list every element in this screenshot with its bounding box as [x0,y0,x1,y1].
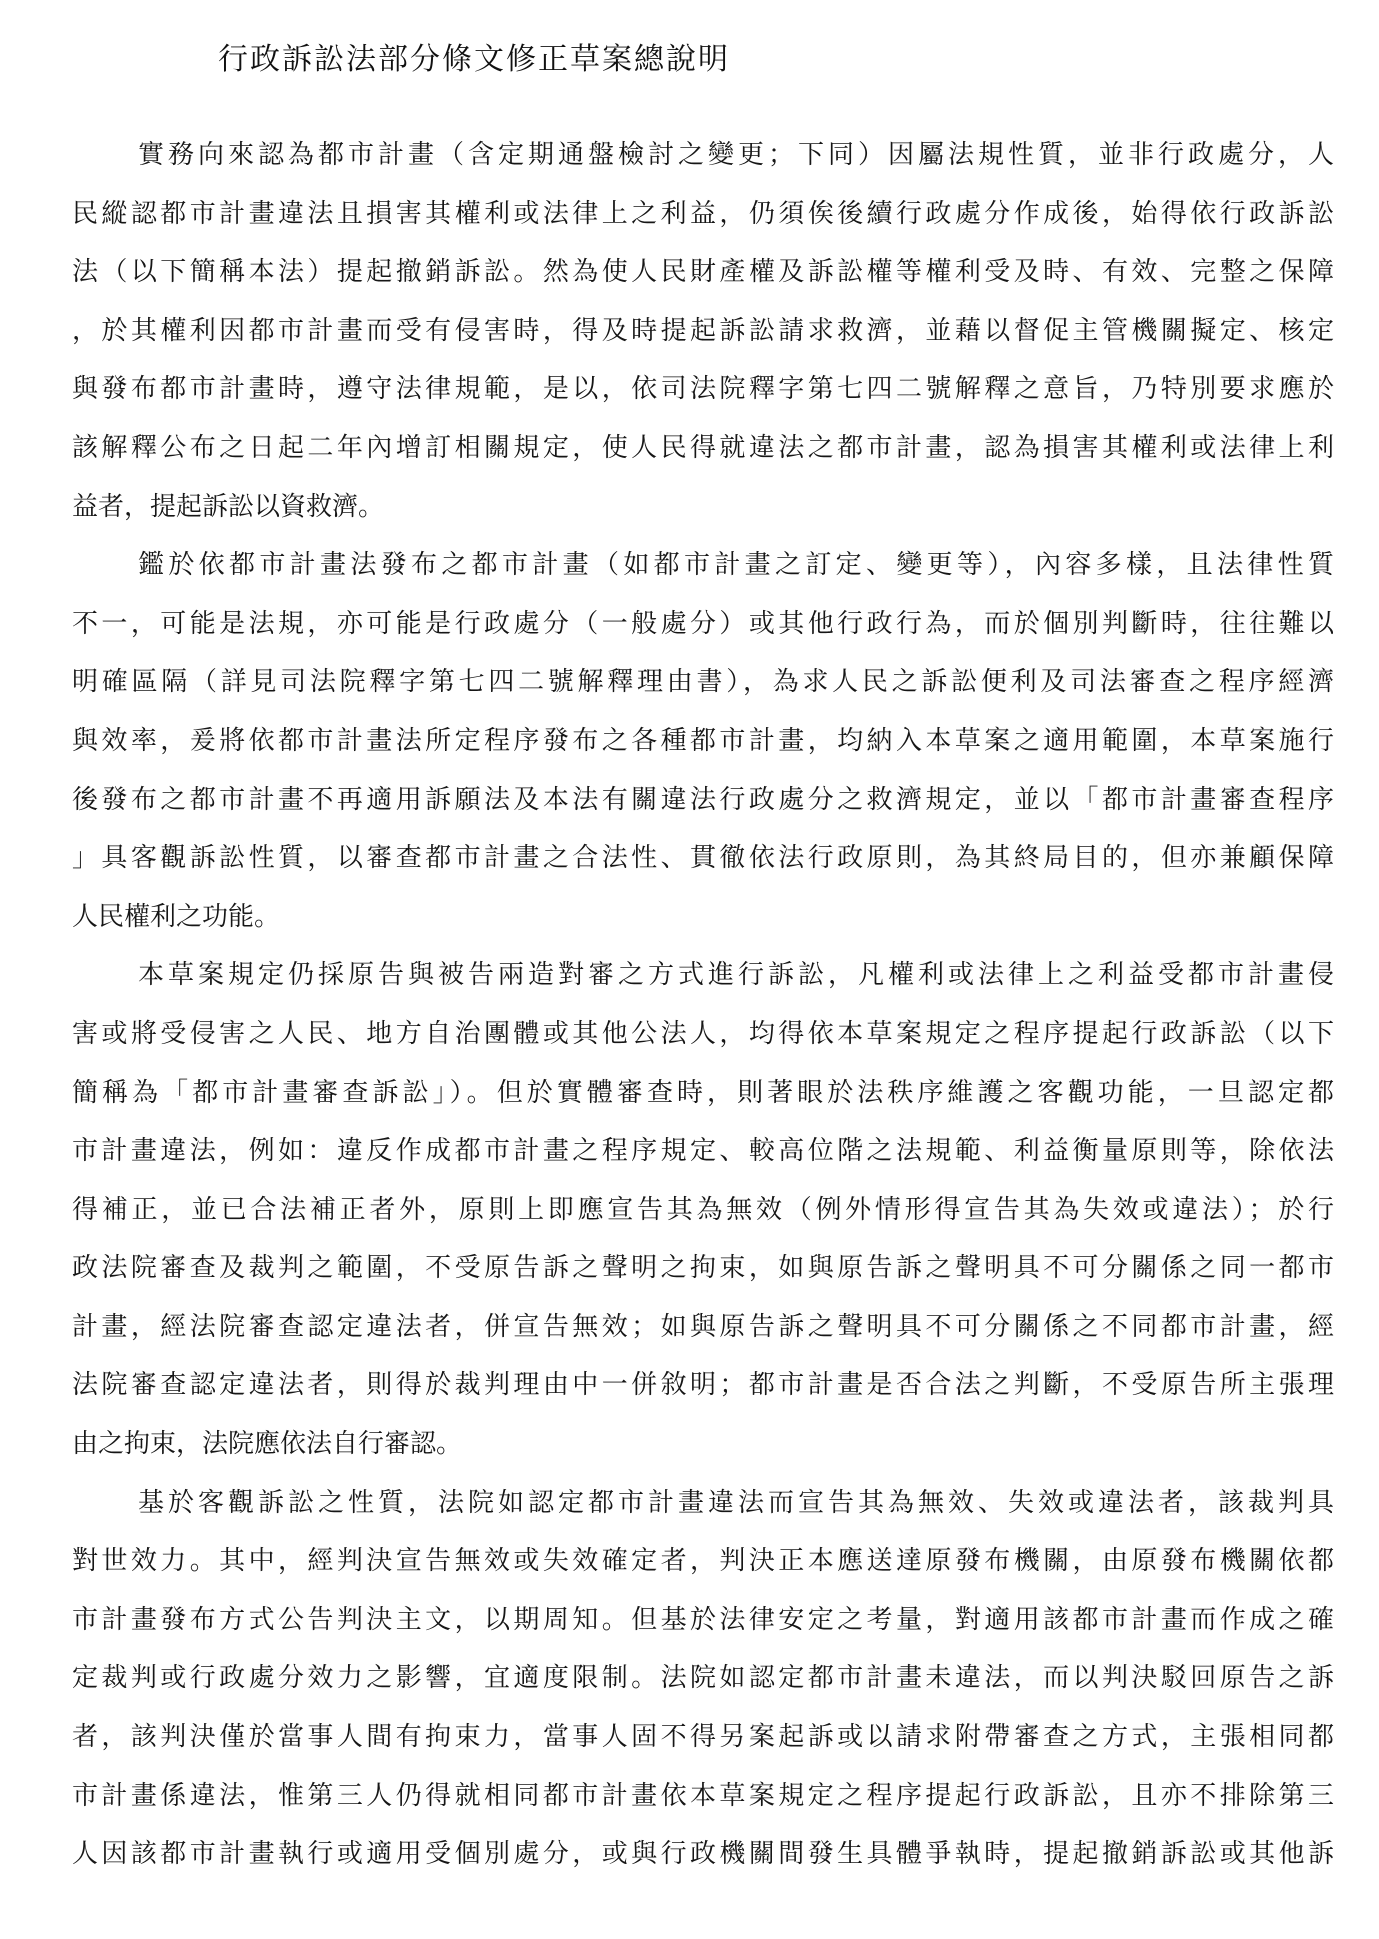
paragraph-line: 實務向來認為都市計畫（含定期通盤檢討之變更；下同）因屬法規性質，並非行政處分，人 [72,126,1334,185]
paragraph-line: 法院審查認定違法者，則得於裁判理由中一併敘明；都市計畫是否合法之判斷，不受原告所… [72,1356,1334,1415]
paragraph-line: 該解釋公布之日起二年內增訂相關規定，使人民得就違法之都市計畫，認為損害其權利或法… [72,419,1334,478]
paragraph-1: 實務向來認為都市計畫（含定期通盤檢討之變更；下同）因屬法規性質，並非行政處分，人… [72,126,1334,536]
paragraph-line: 簡稱為「都市計畫審查訴訟」）。但於實體審查時，則著眼於法秩序維護之客觀功能，一旦… [72,1064,1334,1123]
document-page: 行政訴訟法部分條文修正草案總說明 實務向來認為都市計畫（含定期通盤檢討之變更；下… [0,0,1379,1939]
paragraph-line: 計畫，經法院審查認定違法者，併宣告無效；如與原告訴之聲明具不可分關係之不同都市計… [72,1298,1334,1357]
paragraph-4: 基於客觀訴訟之性質，法院如認定都市計畫違法而宣告其為無效、失效或違法者，該裁判具… [72,1474,1334,1884]
paragraph-line: 明確區隔（詳見司法院釋字第七四二號解釋理由書），為求人民之訴訟便利及司法審查之程… [72,653,1334,712]
paragraph-line: 與發布都市計畫時，遵守法律規範，是以，依司法院釋字第七四二號解釋之意旨，乃特別要… [72,360,1334,419]
paragraph-3: 本草案規定仍採原告與被告兩造對審之方式進行訴訟，凡權利或法律上之利益受都市計畫侵… [72,946,1334,1473]
paragraph-line: 基於客觀訴訟之性質，法院如認定都市計畫違法而宣告其為無效、失效或違法者，該裁判具 [72,1474,1334,1533]
paragraph-line: 本草案規定仍採原告與被告兩造對審之方式進行訴訟，凡權利或法律上之利益受都市計畫侵 [72,946,1334,1005]
paragraph-line: 鑑於依都市計畫法發布之都市計畫（如都市計畫之訂定、變更等），內容多樣，且法律性質 [72,536,1334,595]
paragraph-line: 與效率，爰將依都市計畫法所定程序發布之各種都市計畫，均納入本草案之適用範圍，本草… [72,712,1334,771]
paragraph-line: 益者，提起訴訟以資救濟。 [72,478,1334,537]
paragraph-line: 市計畫係違法，惟第三人仍得就相同都市計畫依本草案規定之程序提起行政訴訟，且亦不排… [72,1767,1334,1826]
paragraph-line: ，於其權利因都市計畫而受有侵害時，得及時提起訴訟請求救濟，並藉以督促主管機關擬定… [72,302,1334,361]
paragraph-line: 對世效力。其中，經判決宣告無效或失效確定者，判決正本應送達原發布機關，由原發布機… [72,1532,1334,1591]
paragraph-line: 」具客觀訴訟性質，以審查都市計畫之合法性、貫徹依法行政原則，為其終局目的，但亦兼… [72,829,1334,888]
paragraph-2: 鑑於依都市計畫法發布之都市計畫（如都市計畫之訂定、變更等），內容多樣，且法律性質… [72,536,1334,946]
document-title: 行政訴訟法部分條文修正草案總說明 [218,40,730,80]
paragraph-line: 害或將受侵害之人民、地方自治團體或其他公法人，均得依本草案規定之程序提起行政訴訟… [72,1005,1334,1064]
document-body: 實務向來認為都市計畫（含定期通盤檢討之變更；下同）因屬法規性質，並非行政處分，人… [72,126,1334,1884]
paragraph-line: 市計畫違法，例如：違反作成都市計畫之程序規定、較高位階之法規範、利益衡量原則等，… [72,1122,1334,1181]
paragraph-line: 得補正，並已合法補正者外，原則上即應宣告其為無效（例外情形得宣告其為失效或違法）… [72,1181,1334,1240]
paragraph-line: 民縱認都市計畫違法且損害其權利或法律上之利益，仍須俟後續行政處分作成後，始得依行… [72,185,1334,244]
paragraph-line: 定裁判或行政處分效力之影響，宜適度限制。法院如認定都市計畫未違法，而以判決駁回原… [72,1649,1334,1708]
paragraph-line: 由之拘束，法院應依法自行審認。 [72,1415,1334,1474]
paragraph-line: 市計畫發布方式公告判決主文，以期周知。但基於法律安定之考量，對適用該都市計畫而作… [72,1591,1334,1650]
paragraph-line: 者，該判決僅於當事人間有拘束力，當事人固不得另案起訴或以請求附帶審查之方式，主張… [72,1708,1334,1767]
paragraph-line: 政法院審查及裁判之範圍，不受原告訴之聲明之拘束，如與原告訴之聲明具不可分關係之同… [72,1239,1334,1298]
paragraph-line: 法（以下簡稱本法）提起撤銷訴訟。然為使人民財產權及訴訟權等權利受及時、有效、完整… [72,243,1334,302]
paragraph-line: 後發布之都市計畫不再適用訴願法及本法有關違法行政處分之救濟規定，並以「都市計畫審… [72,771,1334,830]
paragraph-line: 人民權利之功能。 [72,888,1334,947]
paragraph-line: 人因該都市計畫執行或適用受個別處分，或與行政機關間發生具體爭執時，提起撤銷訴訟或… [72,1825,1334,1884]
paragraph-line: 不一，可能是法規，亦可能是行政處分（一般處分）或其他行政行為，而於個別判斷時，往… [72,595,1334,654]
